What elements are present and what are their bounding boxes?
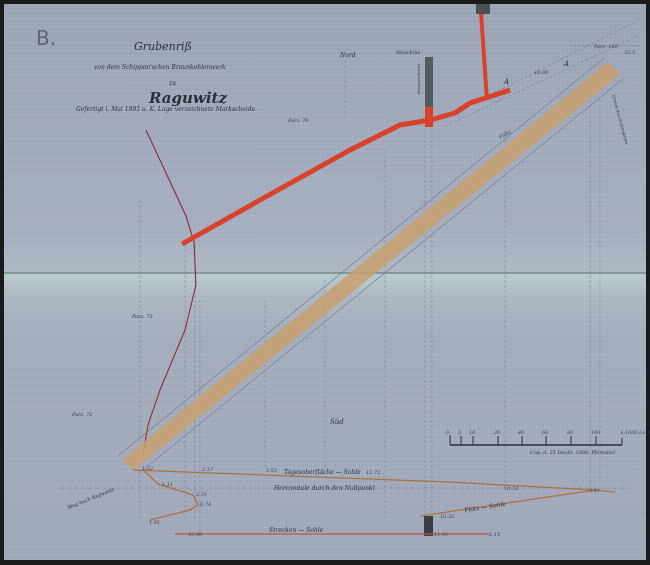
map-place-name: Raguwitz	[149, 89, 227, 107]
profile-value: 12.72	[366, 470, 380, 476]
scale-unit: 1:1000 Lo. 90	[620, 430, 650, 436]
map-sheet: B. Grubenriß von dem Schippan'schen Brau…	[4, 4, 646, 560]
shaft-label: Wasserschacht	[416, 64, 421, 94]
parcel-73-label: Parz. 73	[132, 314, 153, 320]
profile-value: 2.17	[202, 467, 213, 473]
top-right-number: 32.5	[624, 50, 635, 56]
map-subtitle: von dem Schippan'schen Braunkohlenwerk	[94, 64, 226, 71]
profile-value: 10.12	[504, 486, 518, 492]
scale-bar	[450, 435, 622, 445]
scale-tick: 5	[458, 430, 461, 436]
diag-mark-a: A	[504, 78, 509, 86]
scale-tick: 100	[591, 430, 601, 436]
map-title: Grubenriß	[134, 40, 192, 53]
profile-value: 12.90	[188, 532, 202, 538]
profile-value: 1.11	[162, 482, 173, 488]
profile-value: 0.74	[200, 502, 211, 508]
profile-surface-label: Tagesoberfläche — Sohle	[284, 469, 361, 476]
scale-tick: 20	[494, 430, 500, 436]
scale-tick: 80	[567, 430, 573, 436]
profile-horizontal-label: Horizontale durch den Nullpunkt	[274, 485, 375, 492]
scale-tick: 10	[469, 430, 475, 436]
scale-tick: 60	[542, 430, 548, 436]
profile-value: 3.41	[589, 488, 600, 494]
profile-value: 2.31	[196, 492, 207, 498]
scale-tick: 40	[518, 430, 524, 436]
diag-distance: 48.00	[534, 70, 548, 76]
profile-bottom-label: Strecken — Sohle	[269, 527, 323, 534]
machine-label: Maschine	[396, 50, 420, 56]
profile-value: 11.91	[434, 532, 448, 538]
south-label: Süd	[330, 418, 344, 426]
coal-seam	[118, 58, 624, 474]
shaft	[424, 4, 490, 536]
top-right-parcel: Parz. 162	[594, 44, 618, 50]
profile-value: 2.15	[489, 532, 500, 538]
parcel-72-label: Parz. 72	[72, 412, 93, 418]
profile-value: 2.53	[266, 468, 277, 474]
profile-value: 1.81	[149, 520, 160, 526]
corner-mark: B.	[36, 26, 56, 50]
profile-value: 10.32	[440, 514, 454, 520]
signature: Cop. d. 25 Decbr. 1896. Pfortabel	[530, 450, 615, 456]
diag-mark-b: A	[564, 60, 569, 68]
red-drift-gallery	[182, 12, 510, 244]
north-label: Nord	[340, 52, 356, 59]
parcel-70-label: Parz. 70	[288, 118, 309, 124]
map-subtitle-zu: zu	[169, 80, 176, 87]
scale-tick: 0	[446, 430, 449, 436]
map-made-note: Gefertigt i. Mai 1895 u. K. Lage verzeic…	[76, 106, 257, 113]
mine-plan-drawing	[4, 4, 646, 560]
profile-value: 1.52	[142, 466, 153, 472]
